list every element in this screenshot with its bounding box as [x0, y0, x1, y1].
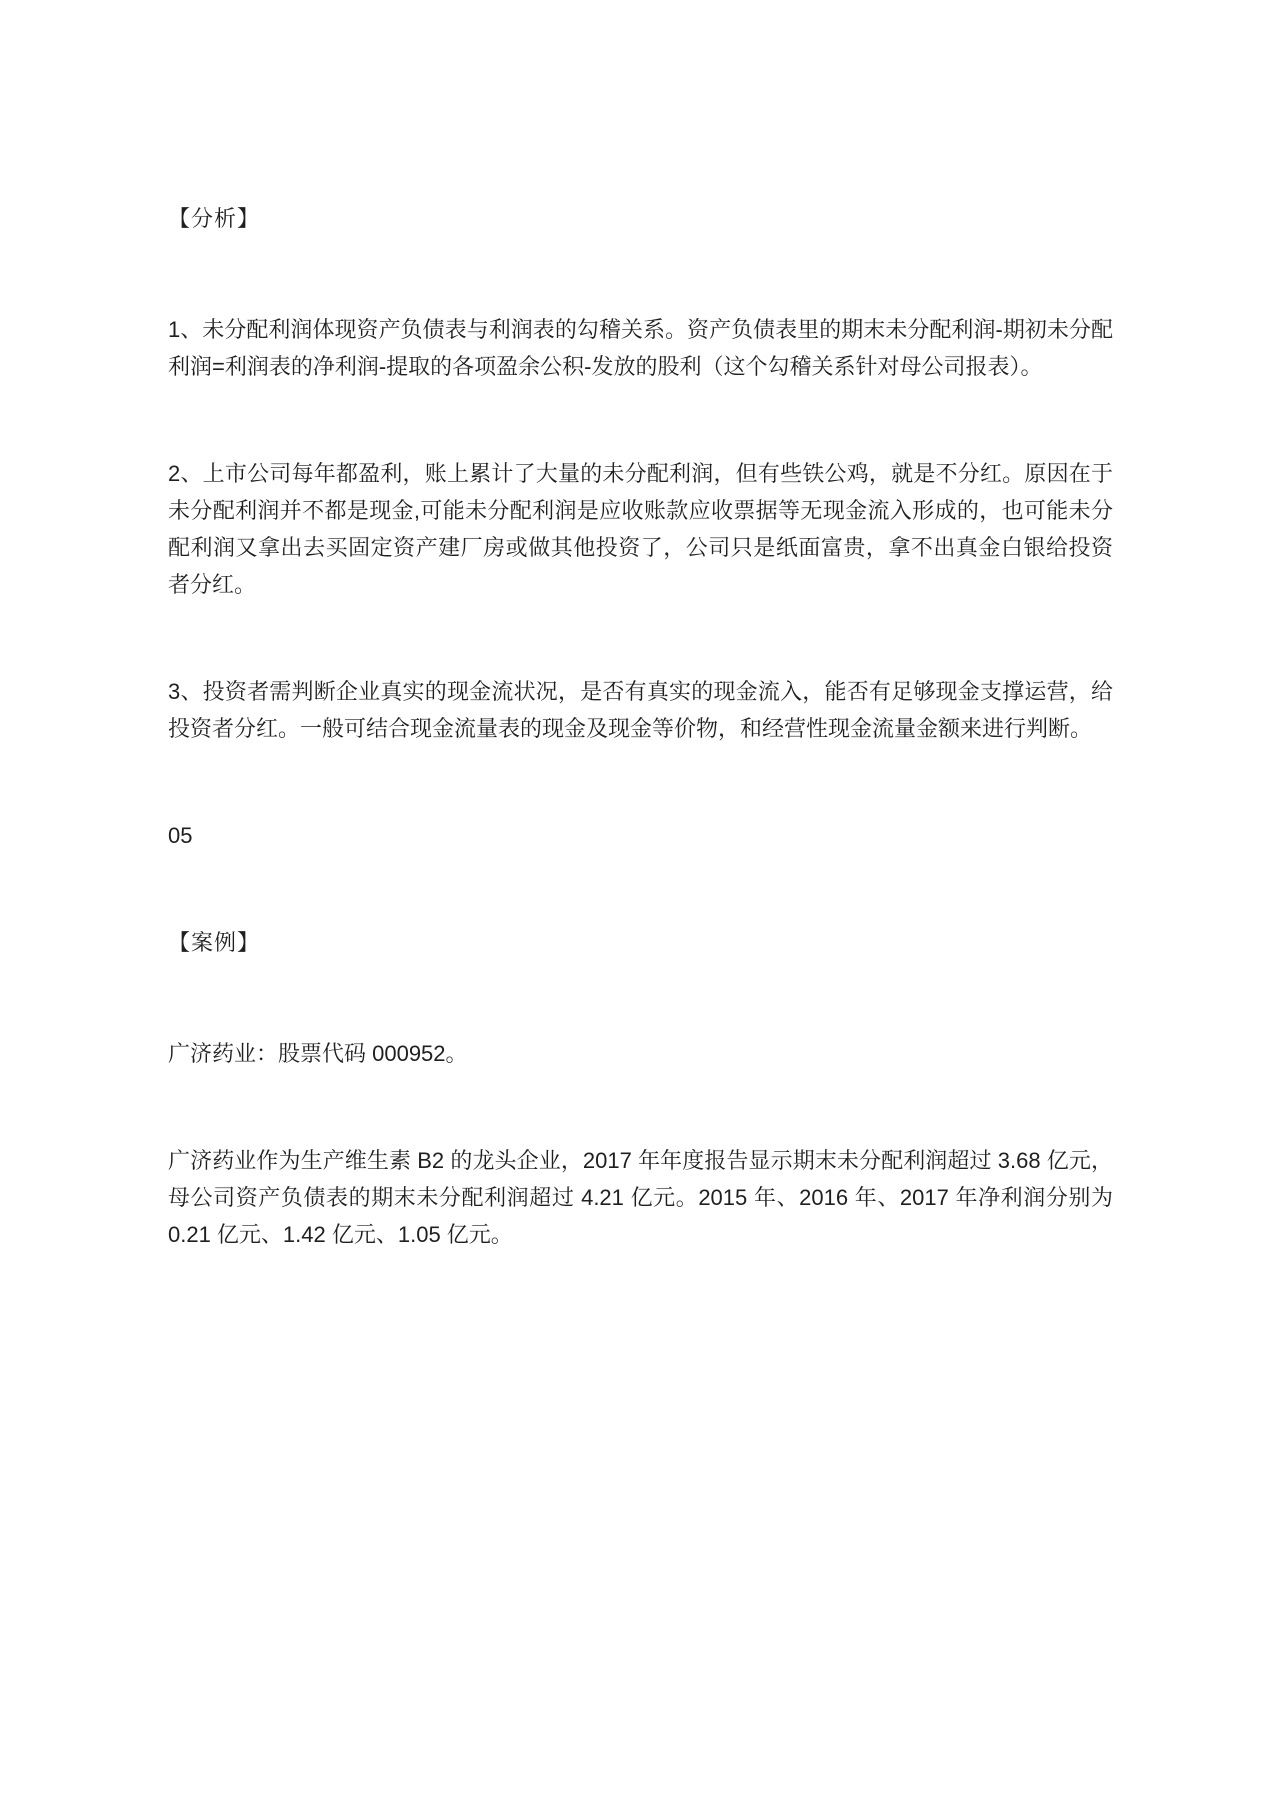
case-heading: 【案例】: [168, 924, 1113, 961]
section-number: 05: [168, 817, 1113, 854]
case-stock-line: 广济药业：股票代码 000952。: [168, 1035, 1113, 1072]
document-page: 【分析】 1、未分配利润体现资产负债表与利润表的勾稽关系。资产负债表里的期末未分…: [0, 0, 1280, 1810]
analysis-paragraph-2: 2、上市公司每年都盈利，账上累计了大量的未分配利润，但有些铁公鸡，就是不分红。原…: [168, 455, 1113, 603]
analysis-paragraph-3: 3、投资者需判断企业真实的现金流状况，是否有真实的现金流入，能否有足够现金支撑运…: [168, 673, 1113, 747]
case-detail-paragraph: 广济药业作为生产维生素 B2 的龙头企业，2017 年年度报告显示期末未分配利润…: [168, 1142, 1113, 1253]
analysis-heading: 【分析】: [168, 200, 1113, 237]
analysis-paragraph-1: 1、未分配利润体现资产负债表与利润表的勾稽关系。资产负债表里的期末未分配利润-期…: [168, 311, 1113, 385]
